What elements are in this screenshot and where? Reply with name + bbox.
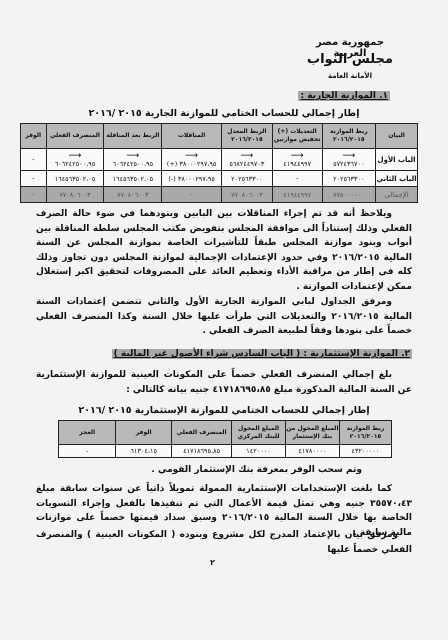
cell-adjustments: -: [272, 171, 322, 187]
cell-after-transfer: ⟶٦٠٦٢٤٢٥٠٠،٩٥: [104, 149, 162, 171]
document-page: جمهورية مصر العربية مجلس النواب الأمانة …: [0, 0, 448, 640]
section2-note: وتم سحب الوفر بمعرفة بنك الإستثمار القوم…: [36, 463, 362, 478]
col-after-transfer: الربط بعد المناقلة: [104, 124, 162, 149]
header-institution: مجلس النواب: [300, 52, 400, 67]
arrow-icon: ⟶: [162, 152, 221, 160]
col-actual: المنصرف الفعلي: [46, 124, 104, 149]
row-label: الإجمالي: [376, 187, 418, 203]
col-modified: الربط المعدل ٢٠١٦/٢٠١٥: [221, 124, 272, 149]
section2-intro: بلغ إجمالي المنصرف الفعلي خصماً على المك…: [36, 368, 412, 397]
arrow-icon: ⟶: [323, 152, 376, 160]
cell-actual: ١٦٤٥٦٣٥٠٢،٠٥: [46, 171, 104, 187]
cell-actual: ⟶٦٠٦٢٤٢٥٠٠،٩٥: [46, 149, 104, 171]
col-savings: الوفر: [116, 421, 172, 445]
cell-transfers: (-) ٣٨٠٠٠٢٩٧،٩٥: [162, 171, 222, 187]
section1-paragraph-attachments: ومرفق الجداول لبابي الموازنة الجارية الأ…: [36, 295, 412, 339]
current-budget-table: البيان ربط الموازنة ٢٠١٦/٢٠١٥ التعديلات …: [20, 123, 418, 203]
cell-modified: ⟶٥٦٨٢٤٤٩٧٠٣: [221, 149, 272, 171]
header-department: الأمانة العامة: [300, 72, 400, 80]
table1-caption: إطار إجمالي للحساب الختامي للموازنة الجا…: [0, 108, 448, 119]
cell-actual: ٧٧٠٨٠٦٠٠٣: [46, 187, 104, 203]
col-from-bank: المبلغ المحول من بنك الإستثمار: [285, 421, 339, 445]
cell-savings: ٦١٣٠٤،١٥: [116, 445, 172, 458]
cell-savings: -: [21, 149, 47, 171]
section2-paragraph-attachment: ومرفق بيان بالإعتماد المدرج لكل مشروع وب…: [36, 528, 412, 557]
arrow-icon: ⟶: [222, 152, 272, 160]
investment-budget-table: ربط الموازنة ٢٠١٦/٢٠١٥ المبلغ المحول من …: [58, 420, 392, 458]
table2-caption: إطار إجمالي للحساب الختامي للموازنة الإس…: [0, 405, 448, 416]
cell-modified: ٧٧٠٨٠٦٠٠٣: [221, 187, 272, 203]
section1-title: ١. الموازنة الجارية :: [298, 91, 390, 101]
cell-transfers: -: [162, 187, 222, 203]
row-label: الباب الأول: [376, 149, 418, 171]
cell-after-transfer: ١٦٤٥٦٣٥٠٢،٠٥: [104, 171, 162, 187]
cell-budget: ٧٧٥٠٠٠٠٠٠: [322, 187, 376, 203]
cell-deficit: -: [59, 445, 116, 458]
cell-adjustments: ٤١٩٤٤٩٩٧: [272, 187, 322, 203]
row-label: الباب الثاني: [376, 171, 418, 187]
col-label: البيان: [376, 124, 418, 149]
table-row: الباب الثاني ٢٠٢٥٦٣٣٠٠ - ٢٠٢٥٦٣٣٠٠ (-) ٣…: [21, 171, 418, 187]
cell-actual: ٤١٧١٨٦٩٥،٨٥: [172, 445, 232, 458]
table-row: الباب الأول ⟶٥٧٢٤٣٦٧٠٠ ⟶٤١٩٤٤٩٩٧ ⟶٥٦٨٢٤٤…: [21, 149, 418, 171]
col-budget: ربط الموازنة ٢٠١٦/٢٠١٥: [322, 124, 376, 149]
cell-from-bank: ٤١٧٨٠٠٠٠: [285, 445, 339, 458]
cell-budget: ٤٣٢٠٠٠٠٠: [339, 445, 391, 458]
page-number: ٢: [210, 558, 215, 567]
col-central-bank: المبلغ المحول للبنك المركزي: [232, 421, 286, 445]
cell-central-bank: ١٤٢٠٠٠٠: [232, 445, 286, 458]
section2-title: ٢. الموازنة الإستثمارية : ( الباب السادس…: [112, 349, 412, 359]
col-adjustments: التعديلات (+) تخفيض موازنين: [272, 124, 322, 149]
cell-budget: ٢٠٢٥٦٣٣٠٠: [322, 171, 376, 187]
col-deficit: العجز: [59, 421, 116, 445]
table-row-total: الإجمالي ٧٧٥٠٠٠٠٠٠ ٤١٩٤٤٩٩٧ ٧٧٠٨٠٦٠٠٣ - …: [21, 187, 418, 203]
cell-adjustments: ⟶٤١٩٤٤٩٩٧: [272, 149, 322, 171]
section1-paragraph-transfers: ويلاحظ أنه قد تم إجراء المناقلات بين الب…: [36, 207, 412, 295]
cell-transfers: ⟶(+) ٣٨٠٠٠٢٩٧،٩٥: [162, 149, 222, 171]
col-budget: ربط الموازنة ٢٠١٦/٢٠١٥: [339, 421, 391, 445]
table-row: ٤٣٢٠٠٠٠٠ ٤١٧٨٠٠٠٠ ١٤٢٠٠٠٠ ٤١٧١٨٦٩٥،٨٥ ٦١…: [59, 445, 392, 458]
cell-after-transfer: ٧٧٠٨٠٦٠٠٣: [104, 187, 162, 203]
cell-savings: -: [21, 171, 47, 187]
arrow-icon: ⟶: [47, 152, 104, 160]
cell-budget: ⟶٥٧٢٤٣٦٧٠٠: [322, 149, 376, 171]
col-transfers: المناقلات: [162, 124, 222, 149]
cell-savings: -: [21, 187, 47, 203]
cell-modified: ٢٠٢٥٦٣٣٠٠: [221, 171, 272, 187]
arrow-icon: ⟶: [104, 152, 161, 160]
col-actual: المنصرف الفعلي: [172, 421, 232, 445]
arrow-icon: ⟶: [273, 152, 322, 160]
col-savings: الوفر: [21, 124, 47, 149]
